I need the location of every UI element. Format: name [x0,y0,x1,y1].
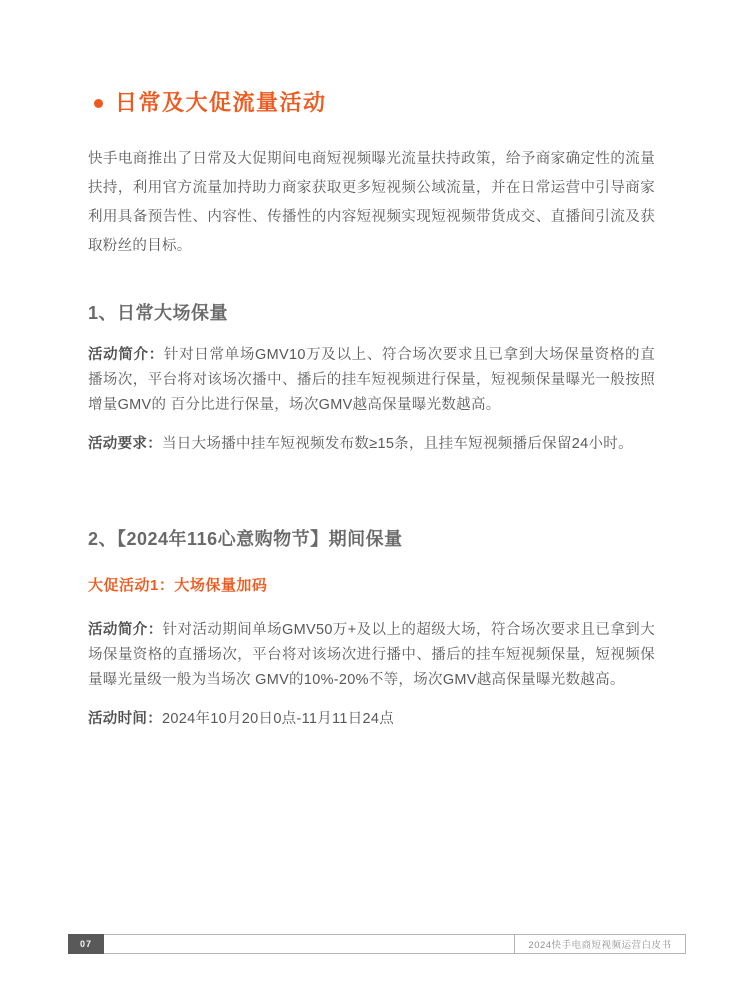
page-title-text: 日常及大促流量活动 [115,88,327,118]
paragraph-text: 针对活动期间单场GMV50万+及以上的超级大场，符合场次要求且已拿到大场保量资格… [88,622,655,688]
footer-divider-area [104,935,515,953]
section-1-requirement-paragraph: 活动要求：当日大场播中挂车短视频发布数≥15条，且挂车短视频播后保留24小时。 [88,432,655,457]
page-content: 日常及大促流量活动 快手电商推出了日常及大促期间电商短视频曝光流量扶持政策，给予… [0,0,737,732]
footer-book-title: 2024快手电商短视频运营白皮书 [515,935,685,953]
page-footer: 07 2024快手电商短视频运营白皮书 [68,934,686,954]
paragraph-text: 2024年10月20日0点-11月11日24点 [162,711,394,727]
page-title: 日常及大促流量活动 [94,88,655,118]
section-2-heading: 2、【2024年116心意购物节】期间保量 [88,527,655,551]
paragraph-label: 活动简介： [88,622,163,638]
section-2-subheading: 大促活动1：大场保量加码 [88,575,655,597]
intro-paragraph: 快手电商推出了日常及大促期间电商短视频曝光流量扶持政策，给予商家确定性的流量扶持… [88,145,655,261]
bullet-icon [94,99,103,108]
paragraph-label: 活动简介： [88,347,164,363]
section-2-intro-paragraph: 活动简介：针对活动期间单场GMV50万+及以上的超级大场，符合场次要求且已拿到大… [88,618,655,693]
document-page: 日常及大促流量活动 快手电商推出了日常及大促期间电商短视频曝光流量扶持政策，给予… [0,0,737,981]
section-1-heading: 1、日常大场保量 [88,301,655,325]
section-1-intro-paragraph: 活动简介：针对日常单场GMV10万及以上、符合场次要求且已拿到大场保量资格的直播… [88,343,655,418]
page-number-badge: 07 [68,934,104,954]
paragraph-label: 活动要求： [88,436,162,452]
paragraph-text: 针对日常单场GMV10万及以上、符合场次要求且已拿到大场保量资格的直播场次，平台… [88,347,655,413]
section-2-time-paragraph: 活动时间：2024年10月20日0点-11月11日24点 [88,707,655,732]
paragraph-text: 当日大场播中挂车短视频发布数≥15条，且挂车短视频播后保留24小时。 [162,436,633,452]
paragraph-label: 活动时间： [88,711,162,727]
